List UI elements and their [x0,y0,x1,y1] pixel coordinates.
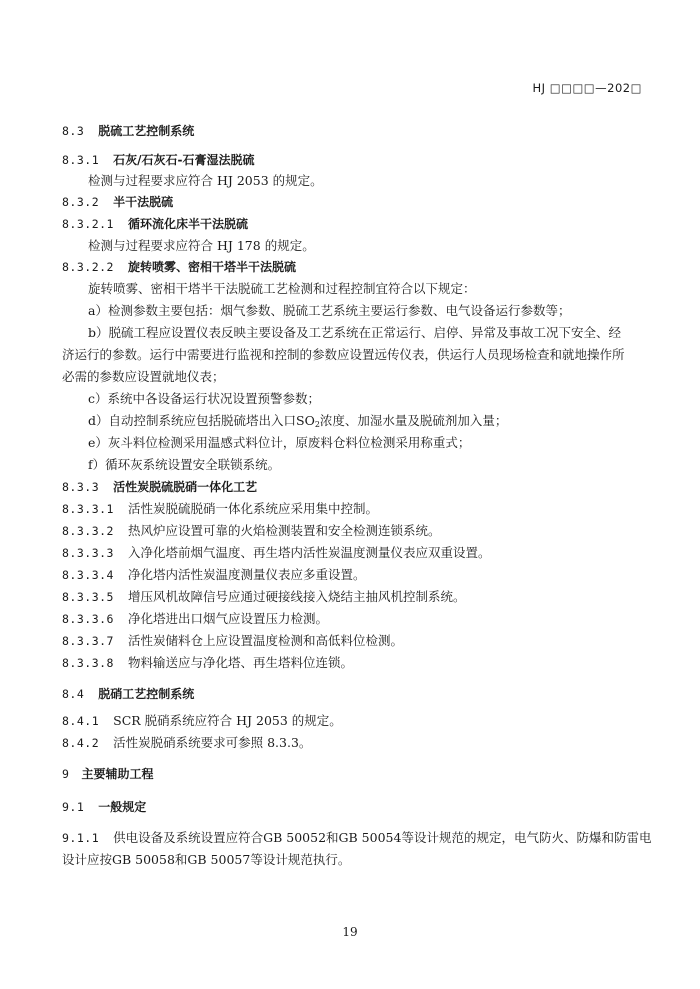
page-number: 19 [0,925,700,939]
section-heading-8-4: 8.4脱硝工艺控制系统 [62,686,194,702]
clause-8-3-3-8: 8.3.3.8物料输送应与净化塔、再生塔料位连锁。 [62,655,353,671]
clause-8-3-3-6: 8.3.3.6净化塔进出口烟气应设置压力检测。 [62,611,328,627]
clause-8-3-3-1: 8.3.3.1活性炭脱硫脱硝一体化系统应采用集中控制。 [62,501,378,517]
standard-code-header: HJ □□□□—202□ [533,81,642,95]
list-item-d: d）自动控制系统应包括脱硫塔出入口SO2浓度、加湿水量及脱硫剂加入量； [88,413,507,433]
section-heading-8-3-2-2: 8.3.2.2旋转喷雾、密相干塔半干法脱硫 [62,259,296,275]
list-item-e: e）灰斗料位检测采用温感式料位计，原废料仓料位检测采用称重式； [88,435,470,451]
clause-8-3-3-4: 8.3.3.4净化塔内活性炭温度测量仪表应多重设置。 [62,567,365,583]
paragraph: 检测与过程要求应符合 HJ 178 的规定。 [88,238,315,254]
clause-8-3-3-7: 8.3.3.7活性炭储料仓上应设置温度检测和高低料位检测。 [62,633,403,649]
list-item-c: c）系统中各设备运行状况设置预警参数； [88,391,320,407]
list-item-b: b）脱硫工程应设置仪表反映主要设备及工艺系统在正常运行、启停、异常及事故工况下安… [88,325,621,341]
paragraph: 旋转喷雾、密相干塔半干法脱硫工艺检测和过程控制宜符合以下规定： [88,281,476,297]
section-heading-8-3-1: 8.3.1石灰/石灰石-石膏湿法脱硫 [62,152,255,168]
paragraph: 检测与过程要求应符合 HJ 2053 的规定。 [88,173,323,189]
clause-9-1-1-continued: 设计应按GB 50058和GB 50057等设计规范执行。 [62,852,350,868]
section-heading-8-3: 8.3脱硫工艺控制系统 [62,123,194,139]
clause-8-4-2: 8.4.2活性炭脱硝系统要求可参照 8.3.3。 [62,735,311,751]
list-item-a: a）检测参数主要包括：烟气参数、脱硫工艺系统主要运行参数、电气设备运行参数等； [88,303,570,319]
section-heading-8-3-2: 8.3.2半干法脱硫 [62,194,173,210]
section-heading-9-1: 9.1一般规定 [62,799,146,815]
chapter-heading-9: 9主要辅助工程 [62,766,153,782]
list-item-f: f）循环灰系统设置安全联锁系统。 [88,457,280,473]
list-item-b-continued: 必需的参数应设置就地仪表； [62,369,225,385]
clause-9-1-1: 9.1.1供电设备及系统设置应符合GB 50052和GB 50054等设计规范的… [62,830,651,846]
list-item-b-continued: 济运行的参数。运行中需要进行监视和控制的参数应设置远传仪表，供运行人员现场检查和… [62,347,625,363]
clause-8-3-3-3: 8.3.3.3入净化塔前烟气温度、再生塔内活性炭温度测量仪表应双重设置。 [62,545,490,561]
clause-8-4-1: 8.4.1SCR 脱硝系统应符合 HJ 2053 的规定。 [62,713,342,729]
clause-8-3-3-2: 8.3.3.2热风炉应设置可靠的火焰检测装置和安全检测连锁系统。 [62,523,440,539]
clause-8-3-3-5: 8.3.3.5增压风机故障信号应通过硬接线接入烧结主抽风机控制系统。 [62,589,465,605]
section-heading-8-3-3: 8.3.3活性炭脱硫脱硝一体化工艺 [62,479,257,495]
section-heading-8-3-2-1: 8.3.2.1循环流化床半干法脱硫 [62,216,248,232]
